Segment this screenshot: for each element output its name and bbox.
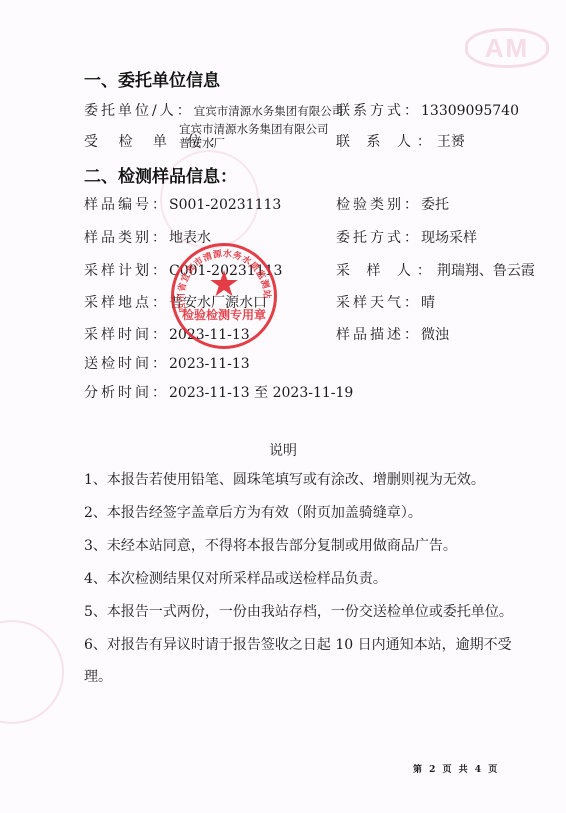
faint-stamp-watermark — [0, 620, 64, 724]
field-value: 委托 — [421, 197, 449, 213]
contact-person-label: 联 系 人： — [336, 134, 437, 150]
field-value: 2023-11-13 — [169, 356, 250, 372]
note-item: 1、本报告若使用铅笔、圆珠笔填写或有涂改、增删则视为无效。 — [84, 469, 485, 489]
field-label: 采 样 人： — [336, 263, 437, 279]
field-label: 采样计划： — [84, 263, 169, 279]
field-label: 采样时间： — [84, 327, 169, 343]
field-label: 检验类别： — [336, 197, 421, 213]
star-icon: ★ — [207, 268, 241, 302]
section-title-client-info: 一、委托单位信息 — [84, 66, 220, 91]
inspected-unit-value-line1: 宜宾市清源水务集团有限公司 — [179, 123, 329, 136]
seal-bottom-text: 检验检测专用章 — [178, 306, 270, 323]
field-analysis-time: 分析时间：2023-11-13 至 2023-11-19 — [84, 382, 353, 402]
field-label: 样品编号： — [84, 197, 169, 213]
field-inspection-type: 检验类别：委托 — [336, 194, 449, 214]
note-item: 5、本报告一式两份，一份由我站存档，一份交送检单位或委托单位。 — [84, 601, 513, 621]
contact-method-value: 13309095740 — [421, 103, 519, 119]
field-label: 分析时间： — [84, 385, 169, 401]
field-sampler: 采 样 人：荆瑞翔、鲁云霞 — [336, 260, 535, 280]
official-seal: 四川省宜宾市清源水务水质监测站 ★ 检验检测专用章 — [171, 243, 277, 349]
report-page: AM 一、委托单位信息 委托单位/人：宜宾市清源水务集团有限公司 联系方式：13… — [0, 0, 566, 813]
field-value: 现场采样 — [421, 230, 477, 246]
contact-method-label: 联系方式： — [336, 103, 421, 119]
note-item: 6、对报告有异议时请于报告签收之日起 10 日内通知本站，逾期不受 — [84, 634, 512, 654]
watermark-logo: AM — [465, 28, 549, 68]
note-item: 4、本次检测结果仅对所采样品或送检样品负责。 — [84, 568, 387, 588]
field-value: 晴 — [421, 295, 435, 311]
field-sample-description: 样品描述：微浊 — [336, 324, 449, 344]
field-label: 采样地点： — [84, 295, 169, 311]
field-sample-number: 样品编号：S001-20231113 — [84, 194, 281, 214]
field-value: 2023-11-13 至 2023-11-19 — [169, 385, 353, 401]
client-value: 宜宾市清源水务集团有限公司 — [194, 104, 344, 118]
field-label: 样品类别： — [84, 230, 169, 246]
field-sample-category: 样品类别：地表水 — [84, 227, 211, 247]
field-label: 委托方式： — [336, 230, 421, 246]
field-value: S001-20231113 — [169, 197, 281, 213]
field-label: 样品描述： — [336, 327, 421, 343]
section-title-sample-info: 二、检测样品信息： — [84, 162, 237, 187]
client-label: 委托单位/人： — [84, 103, 194, 119]
client-row: 委托单位/人：宜宾市清源水务集团有限公司 — [84, 100, 343, 120]
field-sampling-weather: 采样天气：晴 — [336, 292, 435, 312]
note-item: 理。 — [84, 666, 112, 686]
contact-method-row: 联系方式：13309095740 — [336, 100, 519, 120]
field-label: 送检时间： — [84, 356, 169, 372]
note-item: 3、未经本站同意，不得将本报告部分复制或用做商品广告。 — [84, 535, 457, 555]
inspected-unit-value-line2: 普安水厂 — [179, 137, 225, 150]
field-label: 采样天气： — [336, 295, 421, 311]
field-commission-method: 委托方式：现场采样 — [336, 227, 477, 247]
contact-person-row: 联 系 人：王赟 — [336, 131, 465, 151]
field-value: 荆瑞翔、鲁云霞 — [437, 263, 535, 279]
page-number: 第 2 页 共 4 页 — [413, 762, 499, 775]
field-value: 微浊 — [421, 327, 449, 343]
note-item: 2、本报告经签字盖章后方为有效（附页加盖骑缝章）。 — [84, 502, 422, 522]
contact-person-value: 王赟 — [437, 134, 465, 150]
field-submission-time: 送检时间：2023-11-13 — [84, 353, 250, 373]
notes-title: 说明 — [0, 440, 566, 460]
field-value: 地表水 — [169, 230, 211, 246]
